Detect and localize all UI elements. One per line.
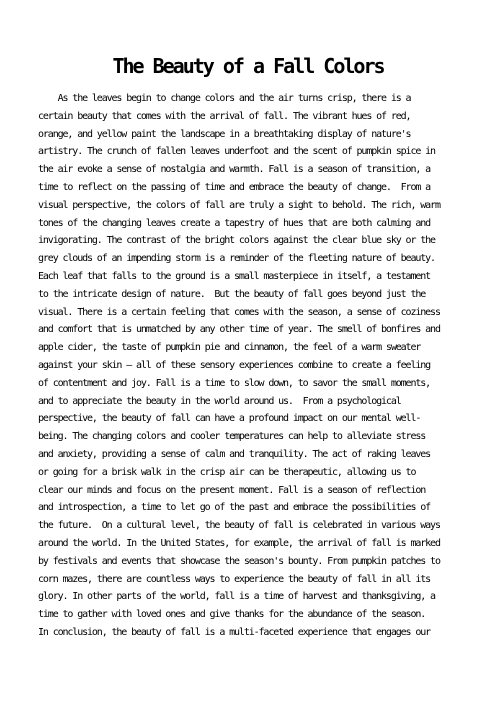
- text-line: corn mazes, there are countless ways to …: [38, 571, 468, 589]
- text-line: clear our minds and focus on the present…: [38, 482, 468, 500]
- text-line: grey clouds of an impending storm is a r…: [38, 250, 468, 268]
- text-line: the air evoke a sense of nostalgia and w…: [38, 161, 468, 179]
- text-line: or going for a brisk walk in the crisp a…: [38, 464, 468, 482]
- text-line: invigorating. The contrast of the bright…: [38, 232, 468, 250]
- text-line: and comfort that is unmatched by any oth…: [38, 321, 468, 339]
- text-line: and introspection, a time to let go of t…: [38, 499, 468, 517]
- text-line: and anxiety, providing a sense of calm a…: [38, 446, 468, 464]
- text-line: and to appreciate the beauty in the worl…: [38, 393, 468, 411]
- text-line: against your skin – all of these sensory…: [38, 357, 468, 375]
- document-title: The Beauty of a Fall Colors: [0, 53, 496, 79]
- text-line: time to gather with loved ones and give …: [38, 606, 468, 624]
- text-line: certain beauty that comes with the arriv…: [38, 108, 468, 126]
- text-line: time to reflect on the passing of time a…: [38, 179, 468, 197]
- text-line: artistry. The crunch of fallen leaves un…: [38, 143, 468, 161]
- text-line: to the intricate design of nature. But t…: [38, 286, 468, 304]
- text-line: In conclusion, the beauty of fall is a m…: [38, 624, 468, 642]
- text-line: by festivals and events that showcase th…: [38, 553, 468, 571]
- text-line: orange, and yellow paint the landscape i…: [38, 126, 468, 144]
- text-line: As the leaves begin to change colors and…: [38, 90, 468, 108]
- text-line: apple cider, the taste of pumpkin pie an…: [38, 339, 468, 357]
- text-line: visual perspective, the colors of fall a…: [38, 197, 468, 215]
- text-line: being. The changing colors and cooler te…: [38, 428, 468, 446]
- text-line: the future. On a cultural level, the bea…: [38, 517, 468, 535]
- text-line: Each leaf that falls to the ground is a …: [38, 268, 468, 286]
- text-line: visual. There is a certain feeling that …: [38, 304, 468, 322]
- text-line: glory. In other parts of the world, fall…: [38, 588, 468, 606]
- text-line: around the world. In the United States, …: [38, 535, 468, 553]
- text-line: perspective, the beauty of fall can have…: [38, 410, 468, 428]
- document-body: As the leaves begin to change colors and…: [38, 90, 468, 642]
- document-page: The Beauty of a Fall Colors As the leave…: [0, 0, 496, 702]
- text-line: of contentment and joy. Fall is a time t…: [38, 375, 468, 393]
- text-line: tones of the changing leaves create a ta…: [38, 215, 468, 233]
